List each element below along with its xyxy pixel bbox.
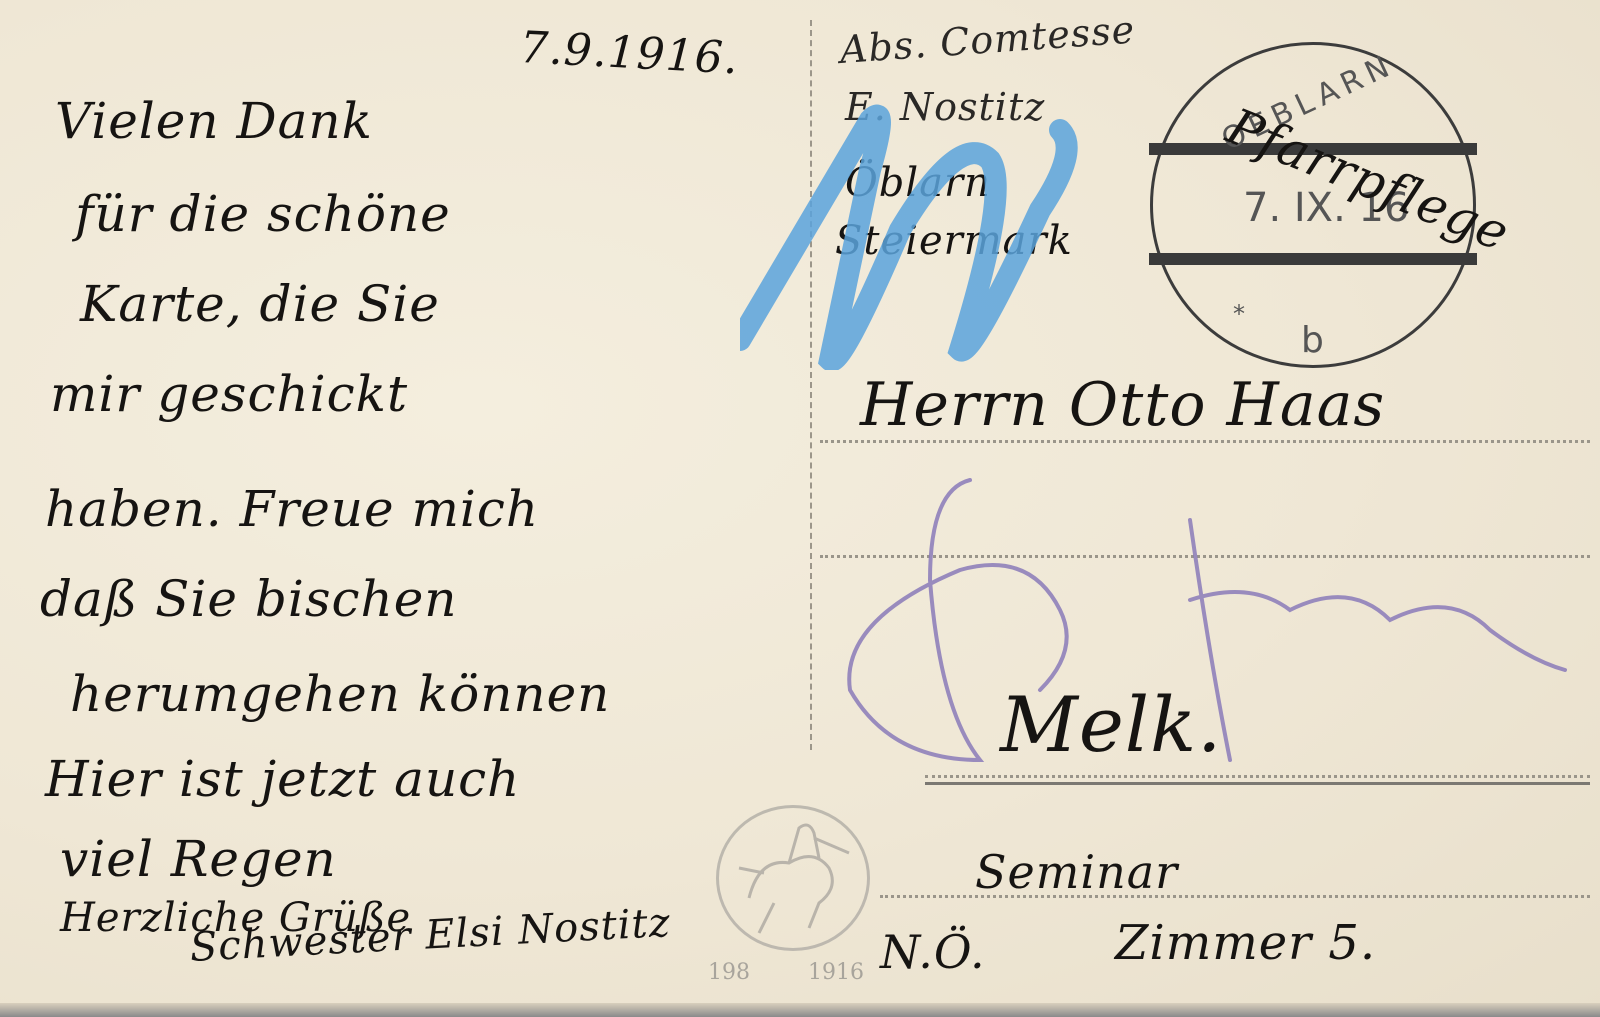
recipient-line: Seminar xyxy=(975,845,1178,899)
message-line: Karte, die Sie xyxy=(80,275,440,333)
address-line xyxy=(820,440,1590,443)
equestrian-seal-icon xyxy=(716,805,870,951)
recipient-region: N.Ö. xyxy=(880,925,986,979)
recipient-town: Melk. xyxy=(1000,680,1222,769)
sender-line: Abs. Comtesse xyxy=(838,7,1136,72)
seal-year-right: 1916 xyxy=(808,960,864,985)
postcard-reverse: 7.9.1916. Vielen Dank für die schöne Kar… xyxy=(0,0,1600,1017)
message-date: 7.9.1916. xyxy=(519,22,740,84)
message-line: Hier ist jetzt auch xyxy=(45,750,520,808)
message-line: mir geschickt xyxy=(50,365,408,423)
message-line: haben. Freue mich xyxy=(45,480,539,538)
recipient-room: Zimmer 5. xyxy=(1115,915,1376,971)
message-line: für die schöne xyxy=(75,185,451,243)
message-line: daß Sie bischen xyxy=(40,570,458,628)
postmark-band xyxy=(1149,253,1477,265)
postmark-star: * xyxy=(1233,300,1245,328)
address-underline xyxy=(925,782,1590,785)
seal-year-left: 198 xyxy=(708,960,750,985)
message-line: herumgehen können xyxy=(70,665,610,723)
postmark-letter: b xyxy=(1301,320,1324,361)
recipient-name: Herrn Otto Haas xyxy=(860,370,1385,440)
message-line: viel Regen xyxy=(60,830,337,888)
message-line: Vielen Dank xyxy=(55,92,373,150)
blue-crayon-mark-icon xyxy=(740,90,1080,370)
